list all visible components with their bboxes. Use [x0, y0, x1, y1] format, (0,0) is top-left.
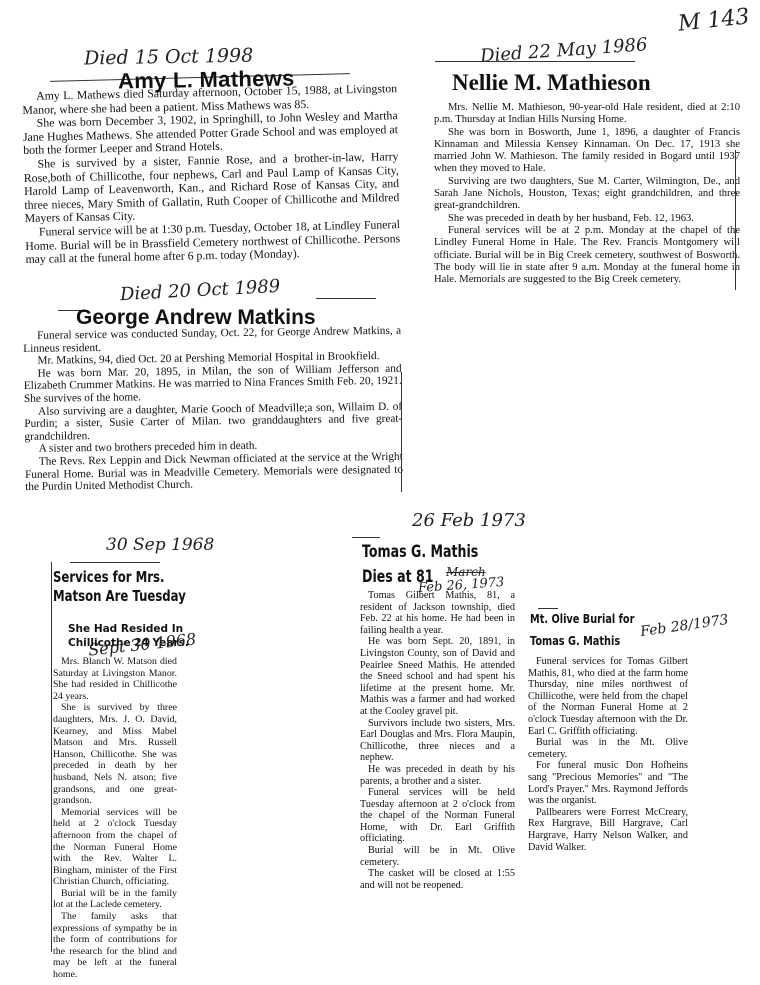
tomas-obit-paragraph: He was born Sept. 20, 1891, in Livingsto…: [360, 636, 515, 717]
tomas-burial-handwritten-note: Feb 28/1973: [639, 612, 729, 640]
george-paragraph: He was born Mar. 20, 1895, in Milan, the…: [24, 362, 402, 405]
nellie-top-rule: [435, 61, 635, 62]
tomas-burial-paragraph: Pallbearers were Forrest McCreary, Rex H…: [528, 807, 688, 853]
tomas-obit-top-rule: [352, 537, 380, 538]
nellie-obituary-title: Nellie M. Mathieson: [452, 70, 651, 96]
nellie-paragraph: Funeral services will be at 2 p.m. Monda…: [434, 225, 740, 286]
matson-headline-line1: Services for Mrs.: [53, 568, 186, 587]
matson-paragraph: The family asks that expressions of symp…: [53, 911, 177, 981]
page-label-handwritten: M 143: [677, 4, 751, 36]
nellie-clip-edge: [735, 150, 736, 290]
tomas-obit-headline-line1: Tomas G. Mathis: [362, 540, 478, 565]
amy-paragraph: She is survived by a sister, Fannie Rose…: [23, 150, 399, 226]
tomas-obit-paragraph: Burial will be in Mt. Olive cemetery.: [360, 845, 515, 868]
tomas-burial-paragraph: Funeral services for Tomas Gilbert Mathi…: [528, 656, 688, 737]
tomas-burial-paragraph: Burial was in the Mt. Olive cemetery.: [528, 737, 688, 760]
nellie-paragraph: Surviving are two daughters, Sue M. Cart…: [434, 176, 740, 213]
matson-paragraph: Mrs. Blanch W. Matson died Saturday at L…: [53, 656, 177, 702]
george-clip-edge: [401, 372, 402, 492]
tomas-burial-body: Funeral services for Tomas Gilbert Mathi…: [528, 656, 688, 853]
matson-paragraph: Memorial services will be held at 2 o'cl…: [53, 807, 177, 888]
tomas-obit-paragraph: Funeral services will be held Tuesday af…: [360, 787, 515, 845]
matson-obituary-body: Mrs. Blanch W. Matson died Saturday at L…: [53, 656, 177, 981]
george-obituary-body: Funeral service was conducted Sunday, Oc…: [23, 325, 403, 494]
tomas-obit-paragraph: Survivors include two sisters, Mrs. Earl…: [360, 718, 515, 764]
tomas-obit-handwritten-date: 26 Feb 1973: [412, 510, 526, 531]
george-handwritten-date: Died 20 Oct 1989: [120, 276, 281, 305]
george-top-rule-right: [316, 298, 376, 299]
matson-headline: Services for Mrs. Matson Are Tuesday: [53, 568, 186, 606]
nellie-obituary-body: Mrs. Nellie M. Mathieson, 90-year-old Ha…: [434, 102, 740, 286]
matson-handwritten-date: 30 Sep 1968: [106, 535, 214, 555]
amy-obituary-body: Amy L. Mathews died Saturday afternoon, …: [22, 82, 401, 267]
tomas-obit-paragraph: He was preceded in death by his parents,…: [360, 764, 515, 787]
tomas-obit-paragraph: The casket will be closed at 1:55 and wi…: [360, 868, 515, 891]
tomas-obit-paragraph: Tomas Gilbert Mathis, 81, a resident of …: [360, 590, 515, 636]
amy-paragraph: Funeral service will be at 1:30 p.m. Tue…: [25, 218, 401, 267]
matson-paragraph: She is survived by three daughters, Mrs.…: [53, 702, 177, 806]
matson-headline-line2: Matson Are Tuesday: [53, 587, 186, 606]
nellie-paragraph: She was preceded in death by her husband…: [434, 213, 740, 225]
matson-top-rule: [70, 562, 160, 563]
tomas-obit-body: Tomas Gilbert Mathis, 81, a resident of …: [360, 590, 515, 891]
tomas-burial-paragraph: For funeral music Don Hofheins sang "Pre…: [528, 760, 688, 806]
george-paragraph: Also surviving are a daughter, Marie Goo…: [24, 400, 402, 443]
tomas-burial-headline-line2: Tomas G. Mathis: [530, 630, 634, 652]
nellie-paragraph: She was born in Bosworth, June 1, 1896, …: [434, 127, 740, 176]
george-paragraph: The Revs. Rex Leppin and Dick Newman off…: [25, 451, 403, 494]
matson-clip-edge-left: [51, 562, 52, 952]
matson-paragraph: Burial will be in the family lot at the …: [53, 888, 177, 911]
nellie-paragraph: Mrs. Nellie M. Mathieson, 90-year-old Ha…: [434, 102, 740, 127]
tomas-burial-headline: Mt. Olive Burial for Tomas G. Mathis: [530, 608, 634, 652]
tomas-burial-headline-line1: Mt. Olive Burial for: [530, 608, 634, 630]
